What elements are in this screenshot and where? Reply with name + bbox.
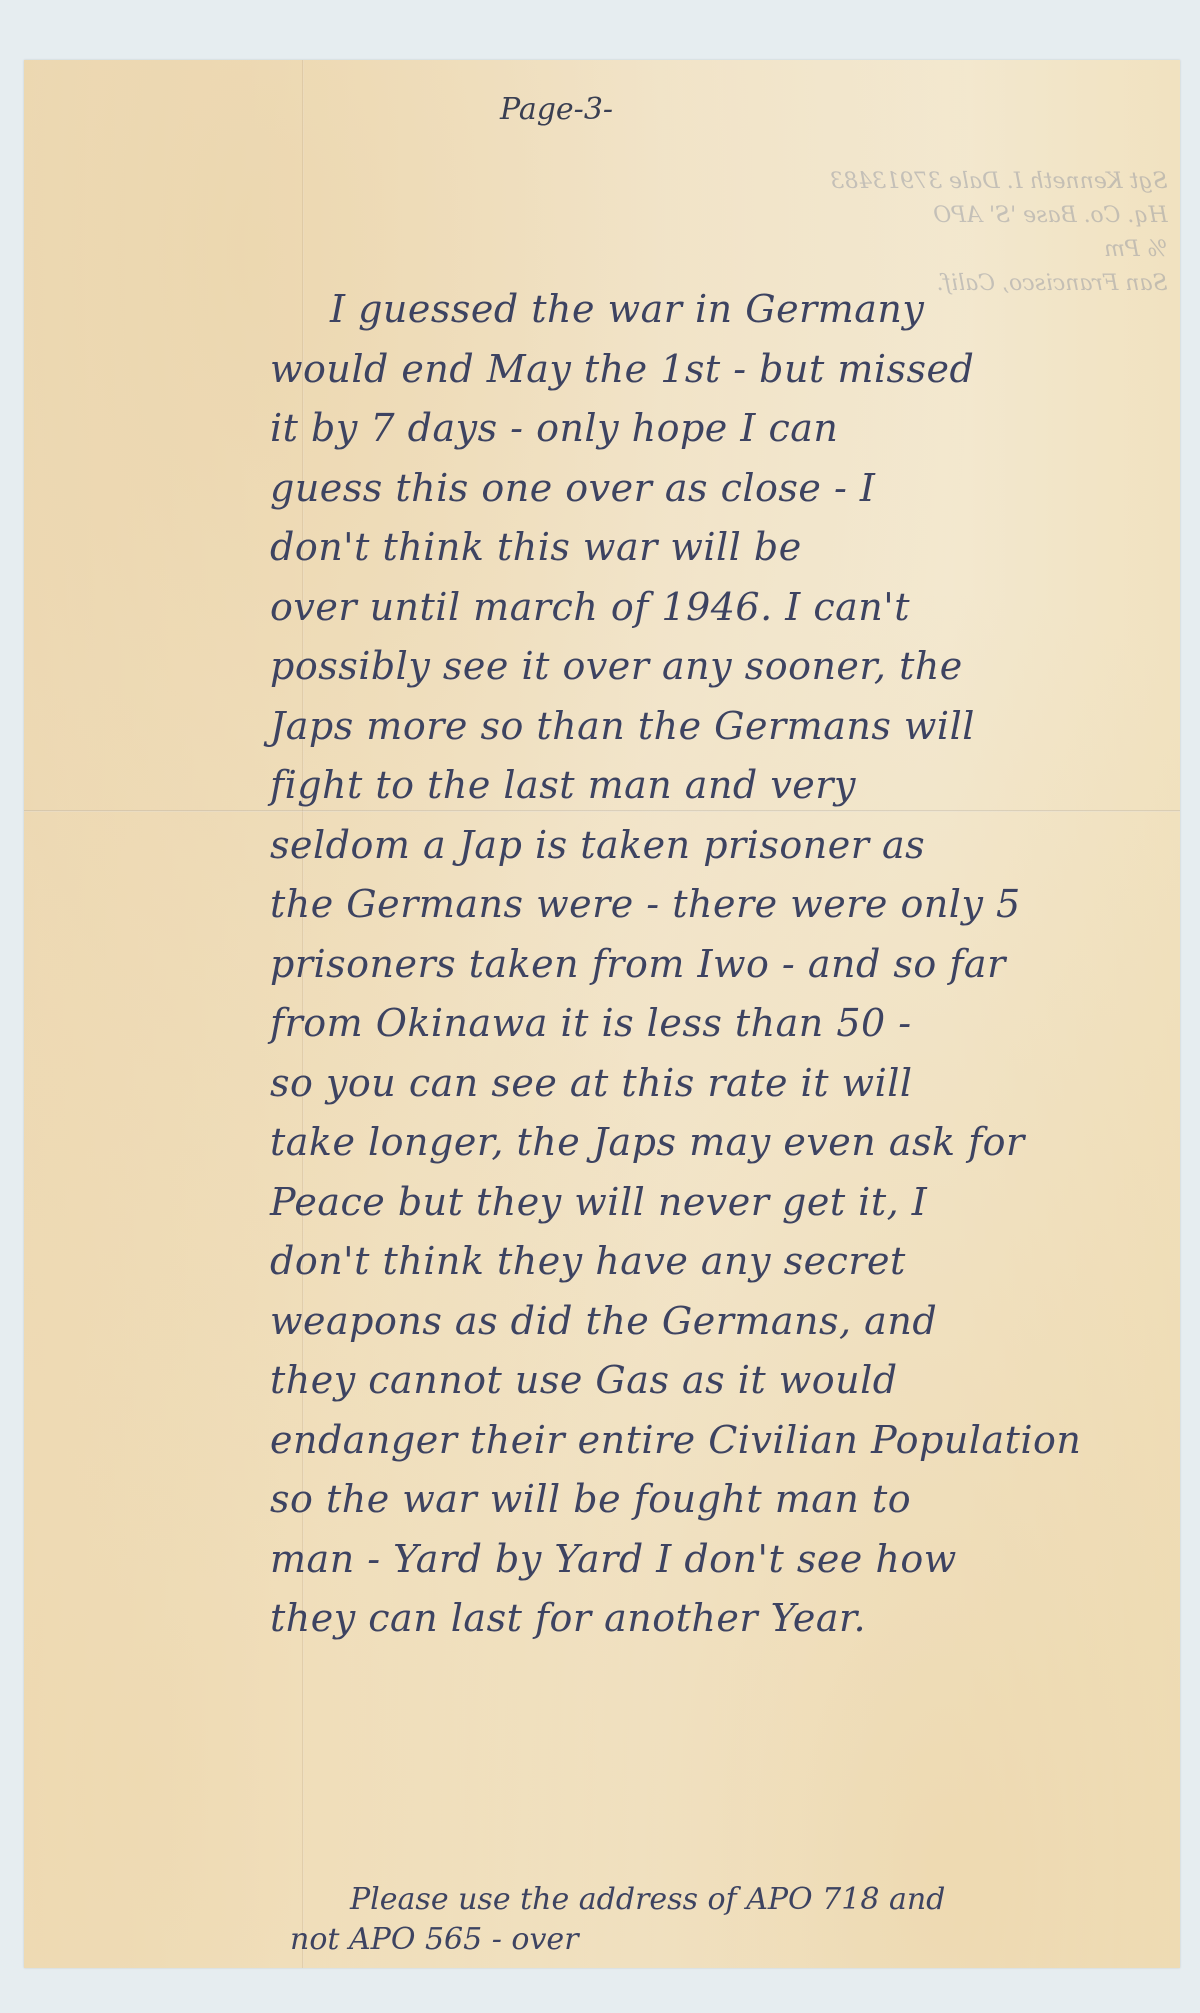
letter-line: don't think this war will be (270, 518, 1170, 578)
letter-line: would end May the 1st - but missed (270, 340, 1170, 400)
letter-line: seldom a Jap is taken prisoner as (270, 816, 1170, 876)
letter-line: don't think they have any secret (270, 1232, 1170, 1292)
letter-line: guess this one over as close - I (270, 459, 1170, 519)
letter-line: possibly see it over any sooner, the (270, 637, 1170, 697)
page-number: Page-3- (500, 92, 613, 127)
letter-line: they cannot use Gas as it would (270, 1351, 1170, 1411)
postscript: Please use the address of APO 718 and no… (290, 1880, 1170, 1960)
letter-line: Japs more so than the Germans will (270, 697, 1170, 757)
bleed-line: Hq. Co. Base 'S' APO (830, 199, 1168, 233)
letter-line: the Germans were - there were only 5 (270, 875, 1170, 935)
letter-body: I guessed the war in Germany would end M… (270, 280, 1170, 1649)
letter-line: over until march of 1946. I can't (270, 578, 1170, 638)
letter-line: take longer, the Japs may even ask for (270, 1113, 1170, 1173)
postscript-line: not APO 565 - over (290, 1920, 1170, 1960)
letter-line: they can last for another Year. (270, 1589, 1170, 1649)
letter-line: from Okinawa it is less than 50 - (270, 994, 1170, 1054)
letter-line: so you can see at this rate it will (270, 1054, 1170, 1114)
letter-line: so the war will be fought man to (270, 1470, 1170, 1530)
letter-line: I guessed the war in Germany (270, 280, 1170, 340)
bleed-line: Sgt Kenneth I. Dale 37913483 (830, 165, 1168, 199)
letter-line: weapons as did the Germans, and (270, 1292, 1170, 1352)
letter-line: it by 7 days - only hope I can (270, 399, 1170, 459)
scanned-page: Sgt Kenneth I. Dale 37913483 Hq. Co. Bas… (0, 0, 1200, 2013)
postscript-line: Please use the address of APO 718 and (290, 1880, 1170, 1920)
letter-line: prisoners taken from Iwo - and so far (270, 935, 1170, 995)
letter-line: Peace but they will never get it, I (270, 1173, 1170, 1233)
bleed-line: % Pm (830, 233, 1168, 267)
letter-line: endanger their entire Civilian Populatio… (270, 1411, 1170, 1471)
letter-line: fight to the last man and very (270, 756, 1170, 816)
letter-line: man - Yard by Yard I don't see how (270, 1530, 1170, 1590)
